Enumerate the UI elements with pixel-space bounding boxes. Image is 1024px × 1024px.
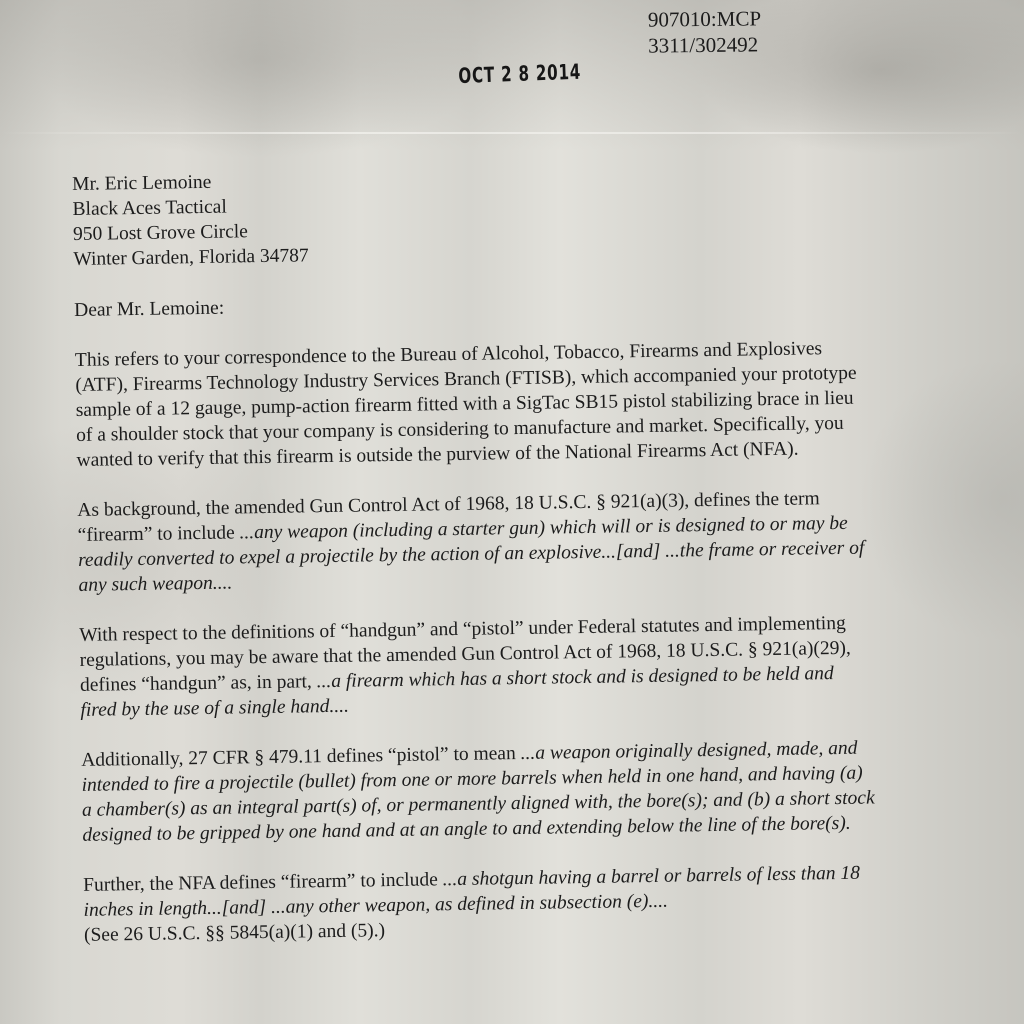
quoted-statute-text: fired by the use of a single hand.... — [80, 696, 349, 721]
body-text: “firearm” to include — [78, 522, 240, 546]
letter-paragraph: With respect to the definitions of “hand… — [79, 609, 980, 723]
body-text: (See 26 U.S.C. §§ 5845(a)(1) and (5).) — [84, 920, 385, 946]
reference-numbers: 907010:MCP 3311/302492 — [648, 5, 762, 58]
quoted-statute-text: ...a shotgun having a barrel or barrels … — [442, 863, 860, 891]
letter-paragraph: Further, the NFA defines “firearm” to in… — [83, 859, 984, 948]
paper-fold-line — [0, 132, 1024, 134]
reference-line-2: 3311/302492 — [648, 31, 761, 58]
body-text: Further, the NFA defines “firearm” to in… — [83, 869, 443, 896]
letter-paragraph: As background, the amended Gun Control A… — [77, 484, 978, 598]
letter-paragraphs: This refers to your correspondence to th… — [75, 334, 984, 948]
date-stamp: OCT 2 8 2014 — [458, 60, 581, 88]
recipient-address: Mr. Eric Lemoine Black Aces Tactical 950… — [72, 158, 973, 272]
body-text: defines “handgun” as, in part, — [80, 671, 317, 696]
quoted-statute-text: any such weapon.... — [78, 573, 232, 596]
quoted-statute-text: ...a weapon originally designed, made, a… — [520, 738, 857, 764]
reference-line-1: 907010:MCP — [648, 5, 761, 32]
salutation: Dear Mr. Lemoine: — [74, 284, 974, 323]
letter-body: Mr. Eric Lemoine Black Aces Tactical 950… — [72, 158, 984, 948]
letter-paragraph: Additionally, 27 CFR § 479.11 defines “p… — [81, 734, 982, 848]
letter-paragraph: This refers to your correspondence to th… — [75, 334, 977, 473]
